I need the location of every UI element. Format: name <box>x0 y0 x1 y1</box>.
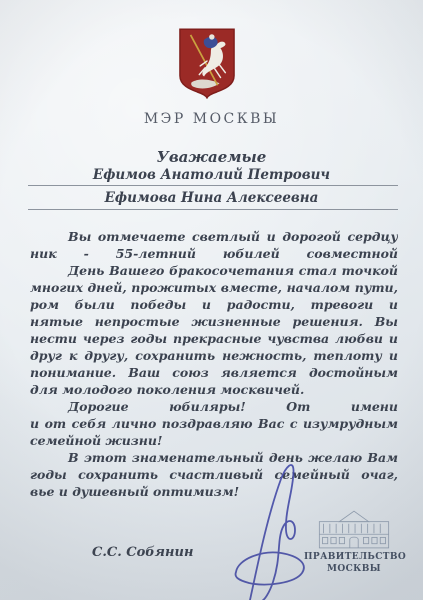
body-line: нятые непростые жизненные решения. Вы су… <box>30 313 398 330</box>
addressee-underline-1 <box>28 185 398 186</box>
body-line: и от себя лично поздравляю Вас с изумруд… <box>30 415 398 432</box>
body-line: для молодого поколения москвичей. <box>30 381 398 398</box>
salutation: Уважаемые <box>0 148 423 166</box>
letter-body: Вы отмечаете светлый и дорогой сердцу пр… <box>30 228 398 500</box>
body-line: День Вашего бракосочетания стал точкой о… <box>30 262 398 279</box>
body-line: друг к другу, сохранить нежность, теплот… <box>30 347 398 364</box>
body-line: семейной жизни! <box>30 432 398 449</box>
stamp-text-line-2: МОСКВЫ <box>304 564 404 576</box>
body-line: понимание. Ваш союз является достойным п… <box>30 364 398 381</box>
body-line: ник - 55-летний юбилей совместной супруж… <box>30 245 398 262</box>
body-line: Дорогие юбиляры! От имени Правительства … <box>30 398 398 415</box>
body-line: вье и душевный оптимизм! <box>30 483 398 500</box>
org-title: МЭР МОСКВЫ <box>0 111 423 127</box>
body-line: нести через годы прекрасные чувства любв… <box>30 330 398 347</box>
government-building-icon <box>314 508 394 550</box>
body-line: В этот знаменательный день желаю Вам на … <box>30 449 398 466</box>
government-stamp: ПРАВИТЕЛЬСТВО МОСКВЫ <box>304 508 404 575</box>
body-line: многих дней, прожитых вместе, началом пу… <box>30 279 398 296</box>
moscow-coat-of-arms-icon <box>178 27 236 99</box>
addressee-name-2: Ефимова Нина Алексеевна <box>0 190 423 206</box>
stamp-text-line-1: ПРАВИТЕЛЬСТВО <box>304 552 404 564</box>
addressee-name-1: Ефимов Анатолий Петрович <box>0 167 423 183</box>
body-line: Вы отмечаете светлый и дорогой сердцу пр… <box>30 228 398 245</box>
body-line: ром были победы и радости, тревоги и сов… <box>30 296 398 313</box>
body-line: годы сохранить счастливый семейный очаг,… <box>30 466 398 483</box>
signer-name: С.С. Собянин <box>92 545 193 560</box>
addressee-underline-2 <box>28 209 398 210</box>
letter-page: МЭР МОСКВЫ Уважаемые Ефимов Анатолий Пет… <box>0 0 423 600</box>
